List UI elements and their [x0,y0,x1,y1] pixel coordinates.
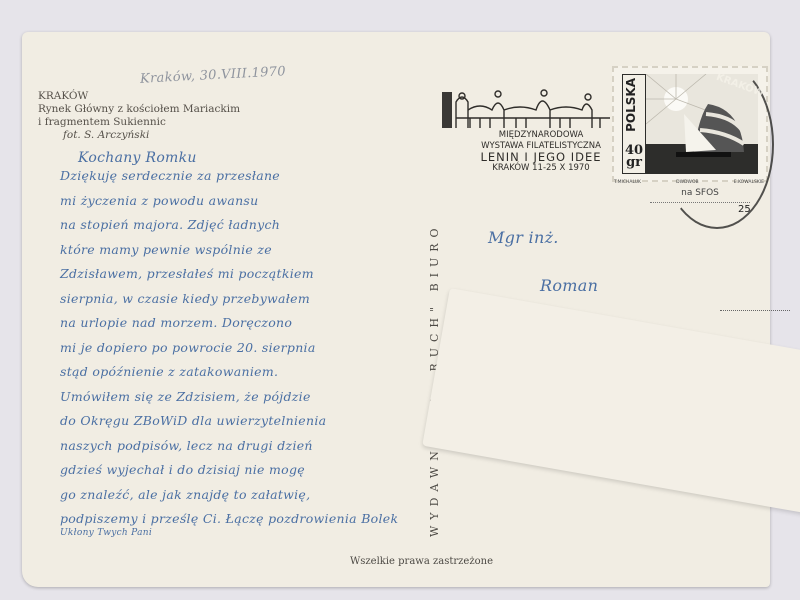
caption-line1: Rynek Główny z kościołem Mariackim [38,103,240,116]
caption-photographer: fot. S. Arczyński [38,129,240,142]
cancellation-text: MIĘDZYNARODOWA WYSTAWA FILATELISTYCZNA L… [456,130,626,174]
cancellation-line4: KRAKÓW 11-25 X 1970 [456,163,626,174]
address-dotted-line [720,310,790,311]
message-line: stąd opóźnienie z zatakowaniem. [60,364,398,389]
cancellation-line3: LENIN I JEGO IDEE [456,152,626,163]
commemorative-cancellation: MIĘDZYNARODOWA WYSTAWA FILATELISTYCZNA L… [440,88,620,198]
building-skyline-icon [440,88,620,133]
printed-caption: KRAKÓW Rynek Główny z kościołem Mariacki… [38,90,240,142]
message-line: Ukłony Twych Pani [60,528,398,538]
rights-notice: Wszelkie prawa zastrzeżone [350,556,493,567]
message-line: na stopień majora. Zdjęć ładnych [60,217,398,242]
message-line: naszych podpisów, lecz na drugi dzień [60,438,398,463]
message-line: które mamy pewnie wspólnie ze [60,242,398,267]
message-line: na urlopie nad morzem. Doręczono [60,315,398,340]
message-line: Dziękuję serdecznie za przesłane [60,168,398,193]
stamp-credits: T.MICHALUK DWDWOB E.KOWALSKIE [614,180,764,185]
address-line2: Roman [540,276,598,295]
handwritten-message: Dziękuję serdecznie za przesłane mi życz… [60,168,398,538]
postmark-number: 25 [738,204,751,215]
stamp-country: POLSKA [624,78,638,132]
message-line: gdzieś wyjechał i do dzisiaj nie mogę [60,462,398,487]
address-line1: Mgr inż. [488,228,559,247]
message-line: Umówiłem się ze Zdzisiem, że pójdzie [60,389,398,414]
message-line: mi je dopiero po powrocie 20. sierpnia [60,340,398,365]
message-line: sierpnia, w czasie kiedy przebywałem [60,291,398,316]
cancellation-line1: MIĘDZYNARODOWA [456,130,626,141]
surcharge-label: na SFOS [650,188,750,203]
caption-line2: i fragmentem Sukiennic [38,116,240,129]
stamp-value: 40 gr [625,145,643,169]
message-line: mi życzenia z powodu awansu [60,193,398,218]
caption-title: KRAKÓW [38,90,240,103]
greeting: Kochany Romku [78,150,197,166]
message-line: do Okręgu ZBoWiD dla uwierzytelnienia [60,413,398,438]
message-line: go znaleźć, ale jak znajdę to załatwię, [60,487,398,512]
message-line: Zdzisławem, przesłałeś mi początkiem [60,266,398,291]
message-line: podpiszemy i prześlę Ci. Łączę pozdrowie… [60,511,398,528]
